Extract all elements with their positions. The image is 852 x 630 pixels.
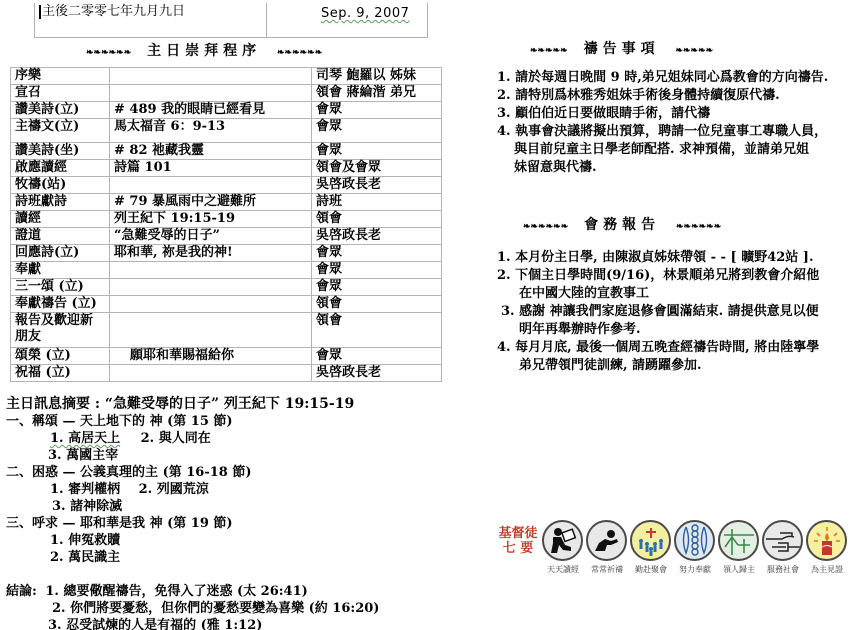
program-leader: 領會及會眾 (312, 160, 442, 177)
table-row: 奉獻會眾 (11, 262, 442, 279)
praying-icon (586, 520, 627, 561)
essential-caption: 服務社會 (760, 564, 806, 575)
ornament-right-icon: ❧❧❧❧❧❧ (277, 48, 322, 58)
affairs-title-row: ❧❧❧❧❧❧ 會務報告 ❧❧❧❧❧❧ (523, 214, 721, 234)
prayer-item-continued: 妹留意與代禱. (497, 159, 828, 177)
prayer-item: 2. 請特別爲林雅秀姐妹手術後身體持續復原代禱. (497, 87, 828, 105)
conclusion-item: 1. 總要儆醒禱告，免得入了迷惑 (太 26:41) (45, 584, 307, 599)
conclusion-item: 2. 你們將要憂愁，但你們的憂愁要變為喜樂 (約 16:20) (6, 600, 379, 617)
program-item: 回應詩(立) (11, 245, 110, 262)
program-leader: 司琴 鮑羅以 姊妹 (312, 68, 442, 85)
essential-caption: 常常祈禱 (584, 564, 630, 575)
table-row: 序樂司琴 鮑羅以 姊妹 (11, 68, 442, 85)
header-divider (266, 3, 267, 37)
prayer-list: 1. 請於每週日晚間 9 時,弟兄姐妹同心爲教會的方向禱告. 2. 請特別爲林雅… (497, 69, 828, 177)
table-row: 讀經列王紀下 19:15-19領會 (11, 211, 442, 228)
program-content: # 79 暴風雨中之避難所 (110, 194, 312, 211)
sermon-points-row: 1. 高居天上 2. 與人同在 (6, 430, 379, 447)
hands-serving-icon (762, 520, 803, 561)
program-leader: 會眾 (312, 119, 442, 143)
program-leader: 領會 (312, 313, 442, 348)
sermon-heading: 主日訊息摘要 : “急難受辱的日子” 列王紀下 19:15-19 (6, 396, 379, 413)
program-item: 證道 (11, 228, 110, 245)
program-leader: 吳啓政長老 (312, 177, 442, 194)
program-item: 啟應讀經 (11, 160, 110, 177)
program-content (110, 365, 312, 382)
program-item: 詩班獻詩 (11, 194, 110, 211)
affairs-item: 2. 下個主日學時間(9/16)，林景順弟兄將到教會介紹他 (497, 267, 819, 285)
program-item: 序樂 (11, 68, 110, 85)
program-item: 讀經 (11, 211, 110, 228)
program-content (110, 313, 312, 348)
table-row: 啟應讀經詩篇 101領會及會眾 (11, 160, 442, 177)
program-leader: 吳啓政長老 (312, 365, 442, 382)
sermon-point: 1. 審判權柄 (50, 482, 120, 497)
worship-program-table: 序樂司琴 鮑羅以 姊妹 宣召領會 蔣綸湝 弟兄 讚美詩(立)# 489 我的眼睛… (10, 67, 442, 382)
table-row: 詩班獻詩# 79 暴風雨中之避難所詩班 (11, 194, 442, 211)
ornament-left-icon: ❧❧❧❧❧❧ (86, 48, 131, 58)
table-row: 讚美詩(坐)# 82 祂藏我靈會眾 (11, 143, 442, 160)
table-row: 讚美詩(立)# 489 我的眼睛已經看見會眾 (11, 102, 442, 119)
cross-tree-icon (718, 520, 759, 561)
table-row: 頌榮 (立)願耶和華賜福給你會眾 (11, 348, 442, 365)
program-content: # 489 我的眼睛已經看見 (110, 102, 312, 119)
table-row: 三一頌 (立)會眾 (11, 279, 442, 296)
program-item: 牧禱(站) (11, 177, 110, 194)
program-content (110, 262, 312, 279)
affairs-item-continued: 在中國大陸的宣教事工 (497, 285, 819, 303)
header-box: 主後二零零七年九月九日 Sep. 9, 2007 (34, 3, 428, 38)
program-item: 頌榮 (立) (11, 348, 110, 365)
sermon-section-title: 二、困惑 — 公義真理的主 (第 16-18 節) (6, 464, 379, 481)
program-content: 願耶和華賜福給你 (110, 348, 312, 365)
program-leader: 會眾 (312, 245, 442, 262)
program-item: 三一頌 (立) (11, 279, 110, 296)
gathering-icon (630, 520, 671, 561)
essential-caption: 天天讀經 (540, 564, 586, 575)
sermon-point: 3. 萬國主宰 (6, 447, 379, 464)
program-item: 奉獻 (11, 262, 110, 279)
program-content (110, 177, 312, 194)
program-content: 詩篇 101 (110, 160, 312, 177)
sermon-point: 2. 萬民識主 (6, 549, 379, 566)
sermon-point: 2. 與人同在 (141, 431, 211, 446)
program-item: 讚美詩(坐) (11, 143, 110, 160)
program-content (110, 68, 312, 85)
program-content: # 82 祂藏我靈 (110, 143, 312, 160)
date-chinese[interactable]: 主後二零零七年九月九日 (39, 5, 185, 19)
prayer-title: 禱告事項 (584, 41, 660, 57)
prayer-title-row: ❧❧❧❧❧ 禱告事項 ❧❧❧❧❧ (530, 38, 713, 58)
program-item: 報告及歡迎新朋友 (11, 313, 110, 348)
affairs-item: 4. 每月月底, 最後一個周五晚查經禱告時間, 將由陸寧學 (497, 339, 819, 357)
program-item: 祝福 (立) (11, 365, 110, 382)
sermon-points-row: 1. 審判權柄 2. 列國荒涼 (6, 481, 379, 498)
ornament-right-icon: ❧❧❧❧❧❧ (676, 222, 721, 232)
table-row: 宣召領會 蔣綸湝 弟兄 (11, 85, 442, 102)
program-content: 馬太福音 6：9-13 (110, 119, 312, 143)
conclusion-row: 結論: 1. 總要儆醒禱告，免得入了迷惑 (太 26:41) (6, 583, 379, 600)
table-row: 報告及歡迎新朋友領會 (11, 313, 442, 348)
label-line-1: 基督徒 (498, 526, 538, 541)
prayer-item: 1. 請於每週日晚間 9 時,弟兄姐妹同心爲教會的方向禱告. (497, 69, 828, 87)
ornament-left-icon: ❧❧❧❧❧❧ (523, 222, 568, 232)
essential-caption: 領人歸主 (716, 564, 762, 575)
table-row: 奉獻禱告 (立)領會 (11, 296, 442, 313)
sermon-summary: 主日訊息摘要 : “急難受辱的日子” 列王紀下 19:15-19 一、稱頌 — … (6, 396, 379, 630)
affairs-item: 3. 感謝 神讓我們家庭退修會圓滿結束. 請提供意見以便 (497, 303, 819, 321)
table-row: 證道“急難受辱的日子”吳啓政長老 (11, 228, 442, 245)
program-leader: 會眾 (312, 102, 442, 119)
program-leader: 領會 (312, 296, 442, 313)
candle-icon (806, 520, 847, 561)
prayer-item: 4. 執事會決議將擬出預算，聘請一位兒童事工專職人員， (497, 123, 828, 141)
table-row: 主禱文(立)馬太福音 6：9-13會眾 (11, 119, 442, 143)
program-content: “急難受辱的日子” (110, 228, 312, 245)
affairs-title: 會務報告 (584, 217, 660, 233)
sermon-point: 3. 諸神除滅 (6, 498, 379, 515)
program-content: 列王紀下 19:15-19 (110, 211, 312, 228)
conclusion-label: 結論: (6, 584, 37, 599)
affairs-item: 1. 本月份主日學, 由陳淑貞姊妹帶領 - - [ 曠野42站 ]. (497, 249, 819, 267)
program-item: 奉獻禱告 (立) (11, 296, 110, 313)
program-content: 耶和華, 祢是我的神! (110, 245, 312, 262)
ornament-left-icon: ❧❧❧❧❧ (530, 46, 568, 56)
program-leader: 會眾 (312, 348, 442, 365)
program-content (110, 296, 312, 313)
program-item: 宣召 (11, 85, 110, 102)
program-leader: 會眾 (312, 279, 442, 296)
sermon-section-title: 一、稱頌 — 天上地下的 神 (第 15 節) (6, 413, 379, 430)
program-item: 讚美詩(立) (11, 102, 110, 119)
essential-caption: 努力奉獻 (672, 564, 718, 575)
program-leader: 會眾 (312, 143, 442, 160)
ornament-right-icon: ❧❧❧❧❧ (675, 46, 713, 56)
program-content (110, 85, 312, 102)
program-title-row: ❧❧❧❧❧❧ 主日崇拜程序 ❧❧❧❧❧❧ (86, 40, 322, 60)
program-leader: 吳啓政長老 (312, 228, 442, 245)
table-row: 牧禱(站)吳啓政長老 (11, 177, 442, 194)
table-row: 回應詩(立)耶和華, 祢是我的神!會眾 (11, 245, 442, 262)
prayer-item-continued: 與目前兒童主日學老師配搭. 求神預備，並請弟兄姐 (497, 141, 828, 159)
sermon-point: 2. 列國荒涼 (139, 482, 209, 497)
sermon-point: 1. 伸冤救贖 (6, 532, 379, 549)
program-leader: 領會 (312, 211, 442, 228)
essential-caption: 為主見證 (804, 564, 850, 575)
prayer-item: 3. 顧伯伯近日要做眼睛手術，請代禱 (497, 105, 828, 123)
program-leader: 詩班 (312, 194, 442, 211)
label-line-2: 七 要 (498, 541, 538, 556)
date-english: Sep. 9, 2007 (321, 6, 409, 21)
affairs-item-continued: 明年再舉辦時作參考. (497, 321, 819, 339)
program-leader: 會眾 (312, 262, 442, 279)
sermon-point: 1. 高居天上 (50, 431, 120, 446)
affairs-item-continued: 弟兄帶領門徒訓練, 請踴躍參加. (497, 357, 819, 375)
program-leader: 領會 蔣綸湝 弟兄 (312, 85, 442, 102)
seven-essentials-label: 基督徒 七 要 (498, 526, 538, 556)
program-item: 主禱文(立) (11, 119, 110, 143)
essential-caption: 勤赴聚會 (628, 564, 674, 575)
reading-bible-icon (542, 520, 583, 561)
program-title: 主日崇拜程序 (147, 43, 261, 59)
fish-offering-icon (674, 520, 715, 561)
program-content (110, 279, 312, 296)
affairs-list: 1. 本月份主日學, 由陳淑貞姊妹帶領 - - [ 曠野42站 ]. 2. 下個… (497, 249, 819, 375)
conclusion-item: 3. 忍受試煉的人是有福的 (雅 1:12) (6, 617, 379, 630)
table-row: 祝福 (立)吳啓政長老 (11, 365, 442, 382)
sermon-section-title: 三、呼求 — 耶和華是我 神 (第 19 節) (6, 515, 379, 532)
